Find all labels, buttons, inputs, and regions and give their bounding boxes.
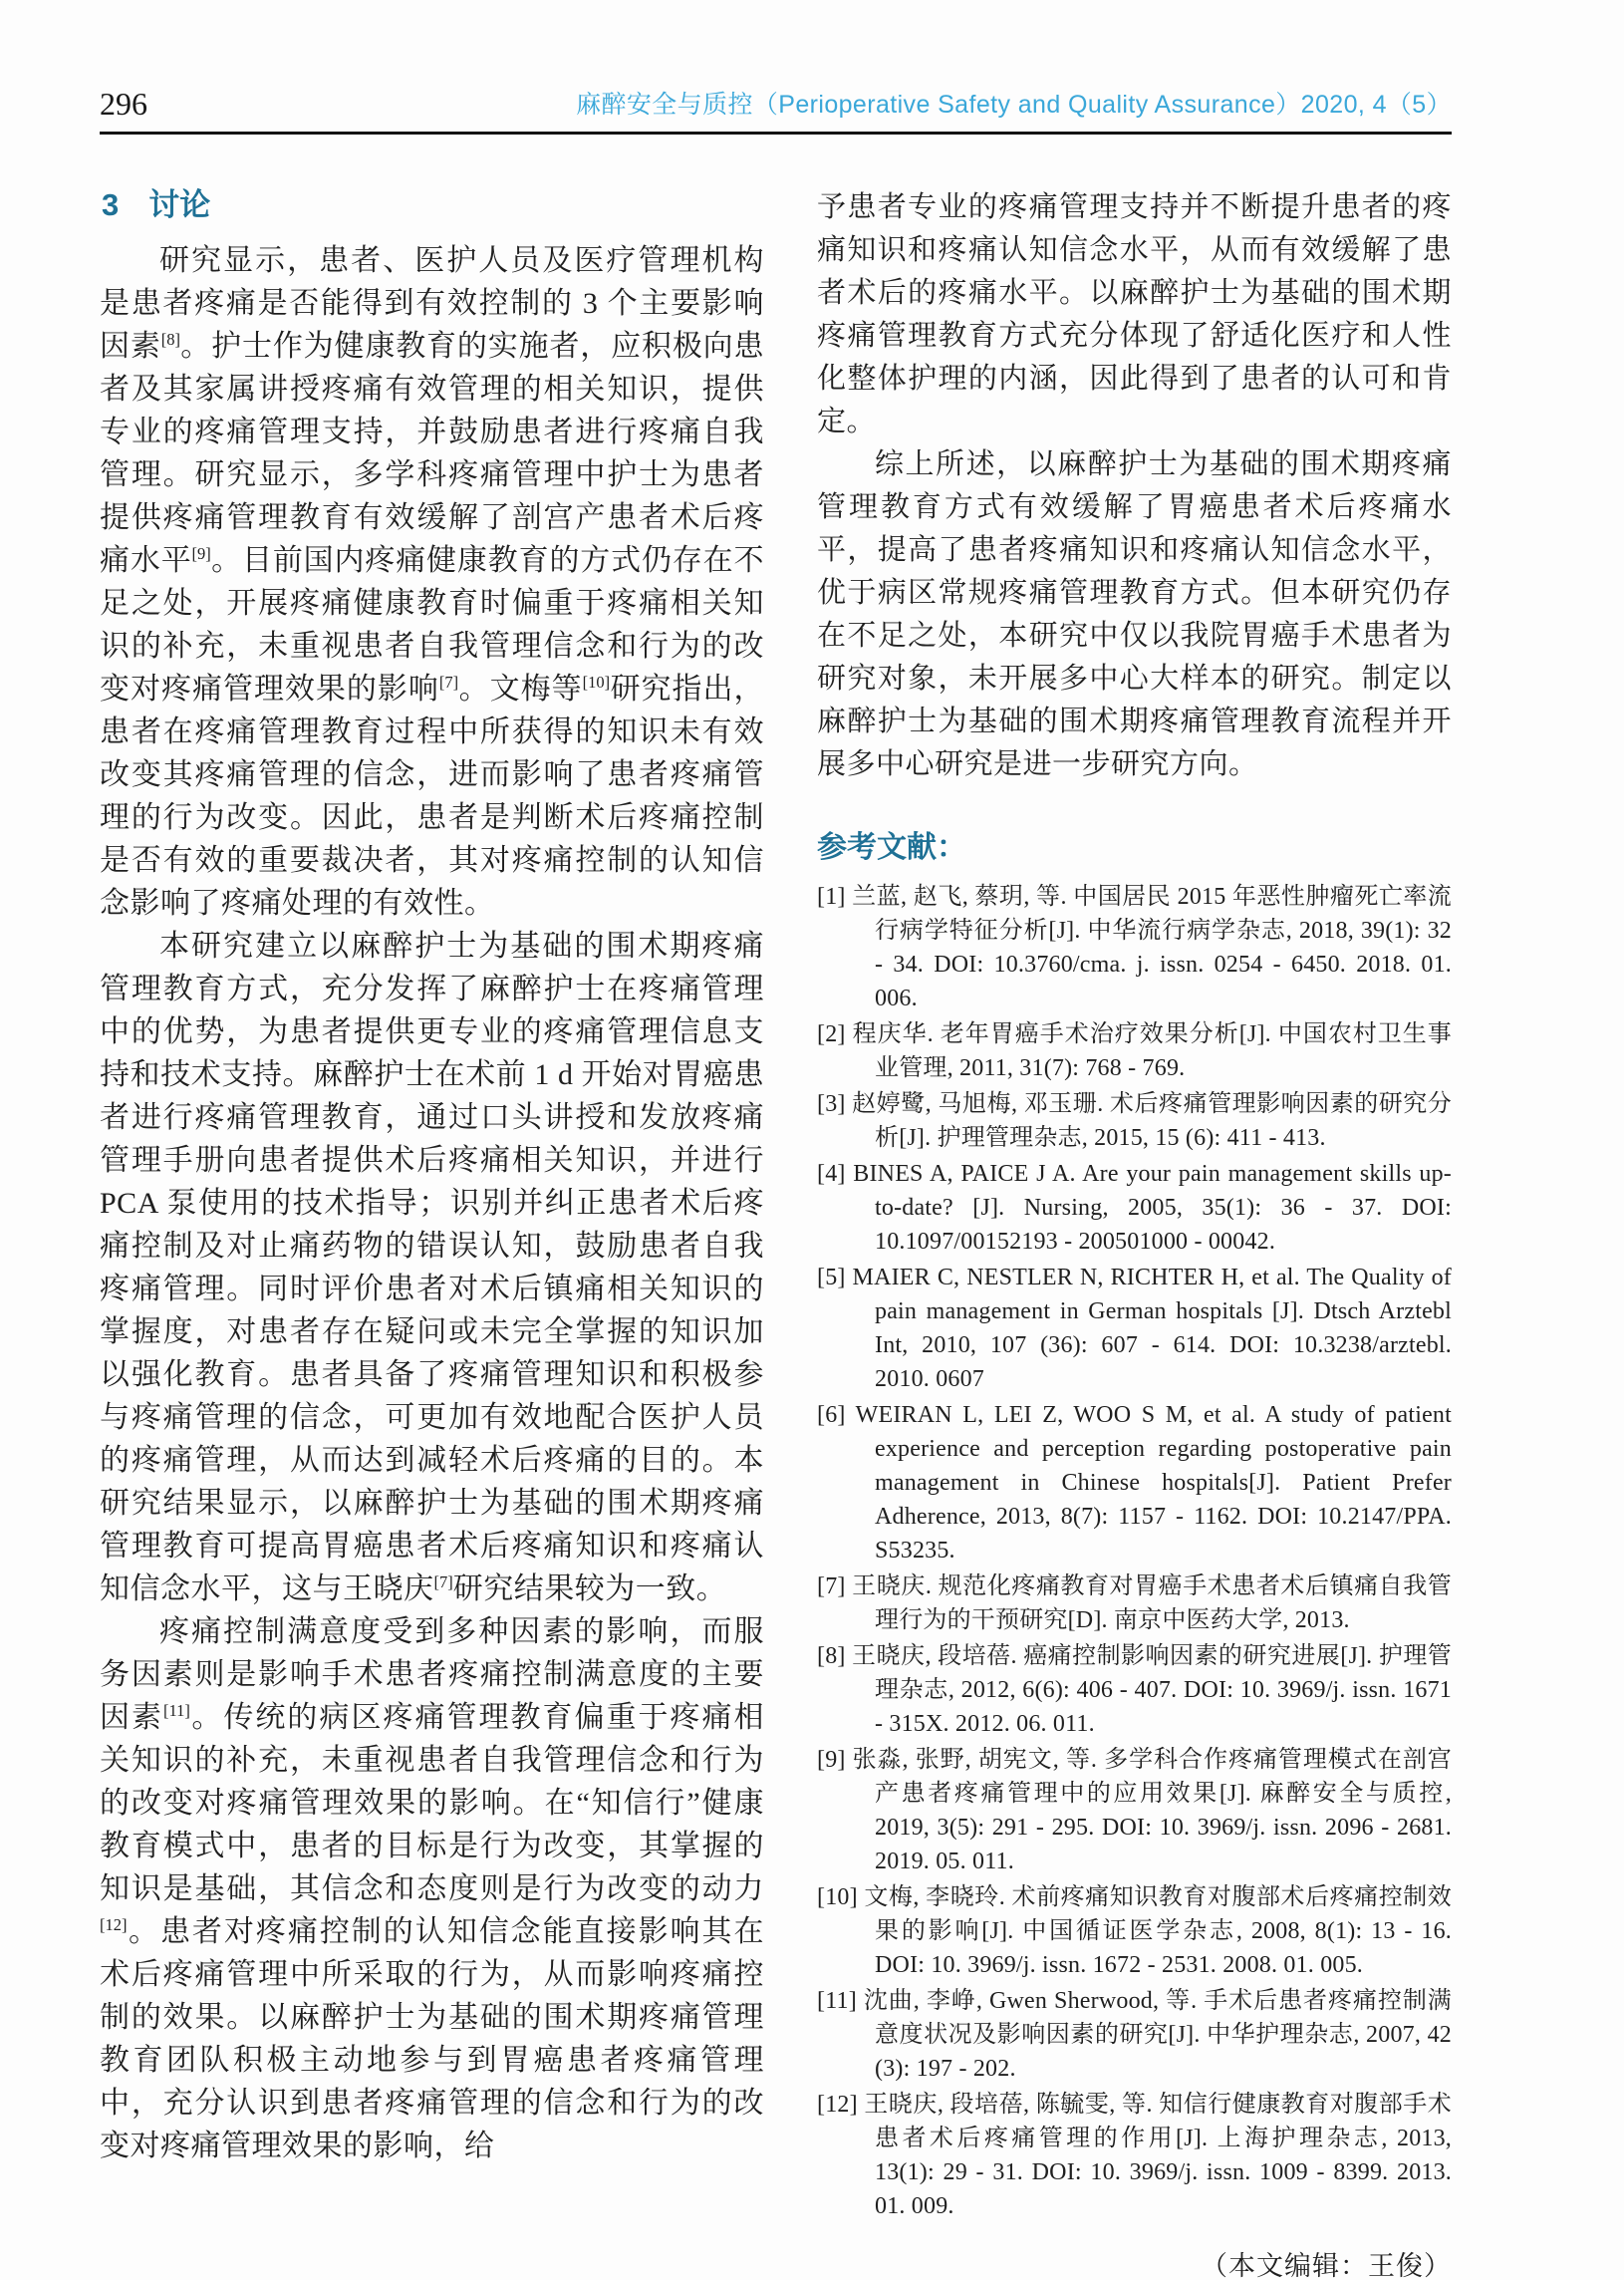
citation-superscript: [12] — [100, 1915, 128, 1934]
conclusion-paragraph: 综上所述，以麻醉护士为基础的围术期疼痛管理教育方式有效缓解了胃癌患者术后疼痛水平… — [817, 443, 1452, 786]
citation-superscript: [10] — [583, 673, 611, 692]
reference-text: 文梅, 李晓玲. 术前疼痛知识教育对腹部术后疼痛控制效果的影响[J]. 中国循证… — [858, 1884, 1452, 1978]
reference-number: [3] — [817, 1091, 846, 1117]
section-title: 讨论 — [148, 187, 210, 222]
reference-item: [11] 沈曲, 李峥, Gwen Sherwood, 等. 手术后患者疼痛控制… — [817, 1984, 1452, 2086]
header-rule — [100, 132, 1452, 135]
reference-text: 王晓庆, 段培蓓, 陈毓雯, 等. 知信行健康教育对腹部手术患者术后疼痛管理的作… — [858, 2092, 1452, 2219]
reference-number: [4] — [817, 1161, 846, 1187]
reference-text: 张淼, 张野, 胡宪文, 等. 多学科合作疼痛管理模式在剖宫产患者疼痛管理中的应… — [846, 1747, 1452, 1874]
reference-number: [11] — [817, 1988, 857, 2014]
reference-item: [5] MAIER C, NESTLER N, RICHTER H, et al… — [817, 1261, 1452, 1396]
journal-page: 296 麻醉安全与质控（Perioperative Safety and Qua… — [0, 0, 1624, 2280]
page-number: 296 — [100, 88, 147, 120]
citation-superscript: [7] — [434, 1572, 453, 1591]
discussion-paragraph: 疼痛控制满意度受到多种因素的影响，而服务因素则是影响手术患者疼痛控制满意度的主要… — [100, 1610, 764, 2167]
reference-text: 王晓庆. 规范化疼痛教育对胃癌手术患者术后镇痛自我管理行为的干预研究[D]. 南… — [846, 1573, 1452, 1633]
reference-number: [8] — [817, 1643, 846, 1669]
reference-item: [6] WEIRAN L, LEI Z, WOO S M, et al. A s… — [817, 1398, 1452, 1567]
two-column-body: 3讨论 研究显示，患者、医护人员及医疗管理机构是患者疼痛是否能得到有效控制的 3… — [100, 186, 1452, 2280]
citation-superscript: [8] — [161, 330, 180, 349]
reference-number: [7] — [817, 1573, 846, 1599]
reference-number: [12] — [817, 2092, 858, 2118]
discussion-paragraph: 本研究建立以麻醉护士为基础的围术期疼痛管理教育方式，充分发挥了麻醉护士在疼痛管理… — [100, 925, 764, 1610]
reference-text: WEIRAN L, LEI Z, WOO S M, et al. A study… — [846, 1402, 1452, 1564]
citation-superscript: [7] — [439, 673, 458, 692]
journal-title-line: 麻醉安全与质控（Perioperative Safety and Quality… — [576, 91, 1452, 120]
reference-item: [9] 张淼, 张野, 胡宪文, 等. 多学科合作疼痛管理模式在剖宫产患者疼痛管… — [817, 1743, 1452, 1878]
section-number: 3 — [102, 187, 119, 222]
reference-item: [1] 兰蓝, 赵飞, 蔡玥, 等. 中国居民 2015 年恶性肿瘤死亡率流行病… — [817, 880, 1452, 1015]
reference-item: [8] 王晓庆, 段培蓓. 癌痛控制影响因素的研究进展[J]. 护理管理杂志, … — [817, 1639, 1452, 1741]
discussion-paragraph-continued: 予患者专业的疼痛管理支持并不断提升患者的疼痛知识和疼痛认知信念水平，从而有效缓解… — [817, 186, 1452, 443]
citation-superscript: [9] — [192, 544, 211, 563]
discussion-paragraph: 研究显示，患者、医护人员及医疗管理机构是患者疼痛是否能得到有效控制的 3 个主要… — [100, 239, 764, 925]
references-heading: 参考文献： — [817, 830, 1452, 866]
reference-item: [12] 王晓庆, 段培蓓, 陈毓雯, 等. 知信行健康教育对腹部手术患者术后疼… — [817, 2088, 1452, 2223]
reference-item: [2] 程庆华. 老年胃癌手术治疗效果分析[J]. 中国农村卫生事业管理, 20… — [817, 1017, 1452, 1085]
page-header: 296 麻醉安全与质控（Perioperative Safety and Qua… — [100, 88, 1452, 120]
reference-number: [2] — [817, 1021, 846, 1047]
reference-text: BINES A, PAICE J A. Are your pain manage… — [846, 1161, 1452, 1255]
reference-text: 赵婷鹭, 马旭梅, 邓玉珊. 术后疼痛管理影响因素的研究分析[J]. 护理管理杂… — [846, 1091, 1452, 1151]
reference-number: [1] — [817, 884, 846, 910]
reference-text: MAIER C, NESTLER N, RICHTER H, et al. Th… — [846, 1265, 1452, 1392]
reference-list: [1] 兰蓝, 赵飞, 蔡玥, 等. 中国居民 2015 年恶性肿瘤死亡率流行病… — [817, 880, 1452, 2223]
reference-text: 兰蓝, 赵飞, 蔡玥, 等. 中国居民 2015 年恶性肿瘤死亡率流行病学特征分… — [846, 884, 1452, 1011]
reference-item: [4] BINES A, PAICE J A. Are your pain ma… — [817, 1157, 1452, 1259]
right-column: 予患者专业的疼痛管理支持并不断提升患者的疼痛知识和疼痛认知信念水平，从而有效缓解… — [817, 186, 1452, 2280]
citation-superscript: [11] — [163, 1701, 190, 1720]
reference-text: 程庆华. 老年胃癌手术治疗效果分析[J]. 中国农村卫生事业管理, 2011, … — [846, 1021, 1452, 1081]
reference-number: [5] — [817, 1265, 846, 1290]
reference-item: [10] 文梅, 李晓玲. 术前疼痛知识教育对腹部术后疼痛控制效果的影响[J].… — [817, 1880, 1452, 1982]
reference-item: [3] 赵婷鹭, 马旭梅, 邓玉珊. 术后疼痛管理影响因素的研究分析[J]. 护… — [817, 1087, 1452, 1155]
section-heading-discussion: 3讨论 — [102, 186, 764, 225]
reference-number: [9] — [817, 1747, 846, 1773]
reference-text: 沈曲, 李峥, Gwen Sherwood, 等. 手术后患者疼痛控制满意度状况… — [857, 1988, 1452, 2082]
reference-number: [10] — [817, 1884, 858, 1910]
reference-item: [7] 王晓庆. 规范化疼痛教育对胃癌手术患者术后镇痛自我管理行为的干预研究[D… — [817, 1569, 1452, 1637]
left-column: 3讨论 研究显示，患者、医护人员及医疗管理机构是患者疼痛是否能得到有效控制的 3… — [100, 186, 764, 2280]
reference-number: [6] — [817, 1402, 846, 1428]
editor-note: （本文编辑：王俊） — [817, 2249, 1452, 2280]
reference-text: 王晓庆, 段培蓓. 癌痛控制影响因素的研究进展[J]. 护理管理杂志, 2012… — [846, 1643, 1452, 1737]
